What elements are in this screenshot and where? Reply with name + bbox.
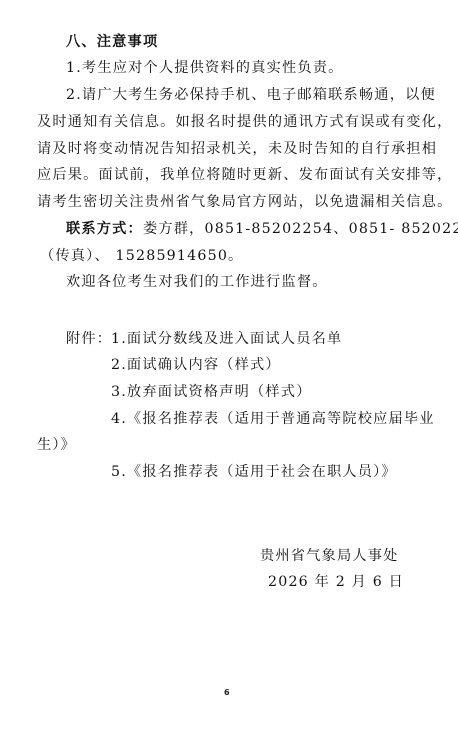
notice-item-2-cont-4: 请考生密切关注贵州省气象局官方网站，以免遗漏相关信息。: [37, 193, 452, 211]
contact-line-2: （传真）、 15285914650。: [40, 247, 243, 265]
attachments-label: 附件：: [66, 330, 112, 348]
attachment-item-3: 3.放弃面试资格声明（样式）: [111, 383, 312, 401]
notice-item-2-cont-3: 应后果。面试前，我单位将随时更新、发布面试有关安排等，: [37, 166, 452, 184]
attachment-item-4: 4.《报名推荐表（适用于普通高等院校应届毕业: [111, 410, 435, 428]
page-number: 6: [224, 688, 230, 697]
attachment-item-4-cont: 生）》: [37, 436, 76, 454]
notice-item-2-cont-2: 请及时将变动情况告知招录机关，未及时告知的自行承担相: [37, 140, 437, 158]
contact-line: 联系方式：娄方群，0851-85202254、0851- 85202251: [66, 220, 458, 238]
section-heading: 八、注意事项: [66, 33, 158, 51]
attachment-item-5: 5.《报名推荐表（适用于社会在职人员）》: [111, 463, 397, 481]
notice-item-1: 1.考生应对个人提供资料的真实性负责。: [66, 59, 344, 77]
notice-item-2-cont-1: 及时通知有关信息。如报名时提供的通讯方式有误或有变化，: [37, 113, 452, 131]
welcome-text: 欢迎各位考生对我们的工作进行监督。: [66, 273, 328, 291]
signature-org: 贵州省气象局人事处: [260, 547, 399, 565]
contact-label: 联系方式：: [66, 221, 143, 237]
attachment-item-1: 1.面试分数线及进入面试人员名单: [111, 330, 342, 348]
signature-date: 2026 年 2 月 6 日: [268, 573, 404, 591]
attachment-item-2: 2.面试确认内容（样式）: [111, 356, 281, 374]
contact-details: 娄方群，0851-85202254、0851- 85202251: [143, 221, 458, 237]
notice-item-2: 2.请广大考生务必保持手机、电子邮箱联系畅通，以便: [66, 86, 436, 104]
